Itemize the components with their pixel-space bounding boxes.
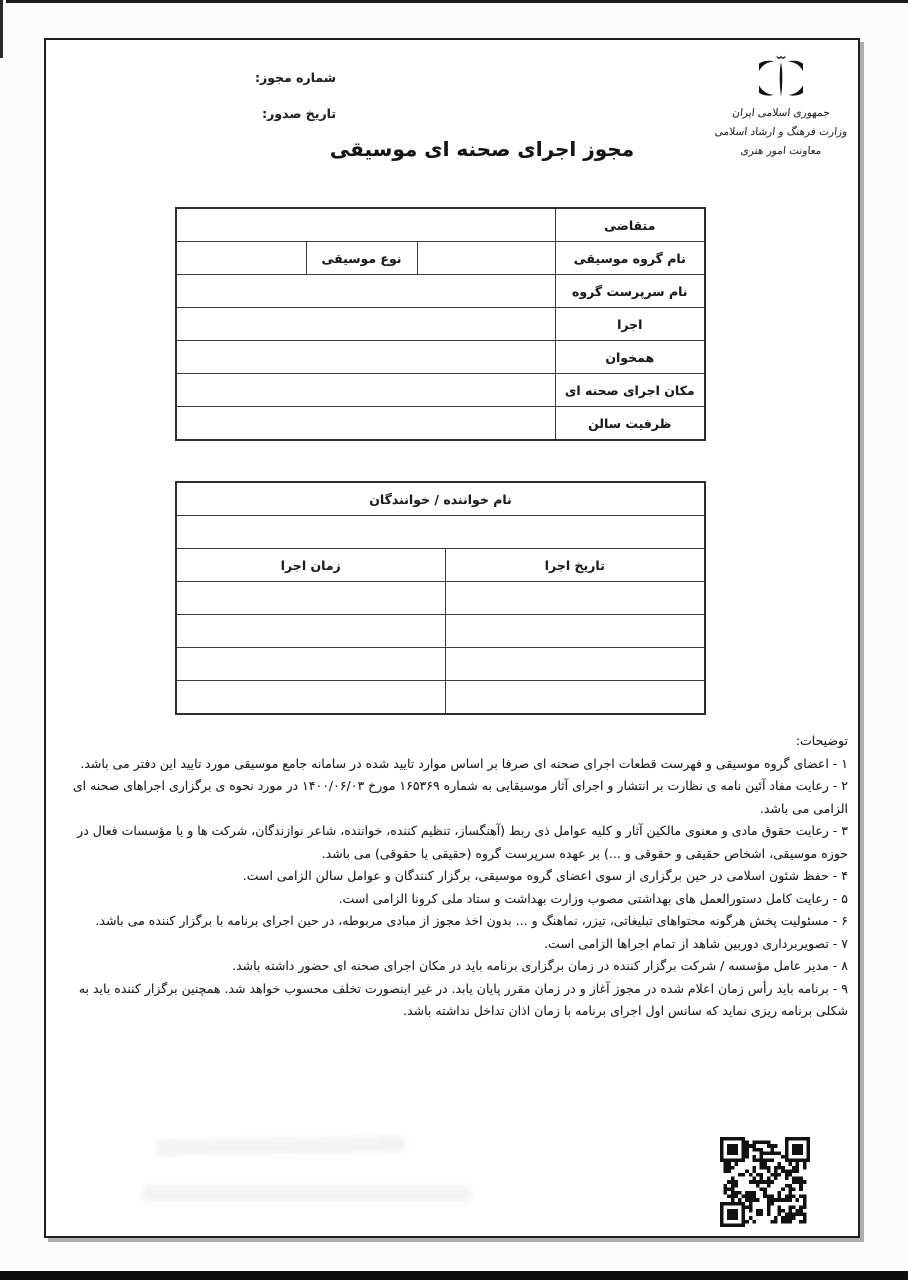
permit-document: جمهوری اسلامی ایران وزارت فرهنگ و ارشاد … bbox=[44, 38, 860, 1238]
row-label: متقاضی bbox=[555, 208, 705, 242]
ministry-header: جمهوری اسلامی ایران وزارت فرهنگ و ارشاد … bbox=[706, 52, 856, 161]
note-item: ۴ - حفظ شئون اسلامی در حین برگزاری از سو… bbox=[64, 865, 848, 888]
photo-canvas: جمهوری اسلامی ایران وزارت فرهنگ و ارشاد … bbox=[0, 0, 908, 1280]
value-cell bbox=[176, 208, 555, 242]
value-cell bbox=[176, 275, 555, 308]
time-cell bbox=[176, 681, 445, 715]
table-row: ظرفیت سالن bbox=[176, 407, 705, 441]
note-item: ۱ - اعضای گروه موسیقی و فهرست قطعات اجرا… bbox=[64, 753, 848, 776]
note-item: ۳ - رعایت حقوق مادی و معنوی مالکین آثار … bbox=[64, 820, 848, 865]
value-cell bbox=[176, 341, 555, 374]
photo-edge-left bbox=[0, 0, 3, 58]
value-cell bbox=[176, 242, 306, 275]
org-line-country: جمهوری اسلامی ایران bbox=[705, 104, 857, 123]
note-item: ۹ - برنامه باید رأس زمان اعلام شده در مج… bbox=[64, 978, 848, 1023]
table-row: تاریخ اجرا زمان اجرا bbox=[176, 549, 705, 582]
date-cell bbox=[445, 615, 705, 648]
singers-header: نام خواننده / خوانندگان bbox=[176, 482, 705, 516]
row-label: نام سرپرست گروه bbox=[555, 275, 705, 308]
singers-schedule-table: نام خواننده / خوانندگان تاریخ اجرا زمان … bbox=[175, 481, 706, 715]
table-row bbox=[176, 615, 705, 648]
table-row bbox=[176, 516, 705, 549]
permit-number-label: شماره مجوز: bbox=[255, 70, 336, 85]
time-cell bbox=[176, 615, 445, 648]
table-row bbox=[176, 582, 705, 615]
notes-heading: توضیحات: bbox=[64, 730, 848, 753]
value-cell bbox=[176, 308, 555, 341]
table-row bbox=[176, 681, 705, 715]
row-label: مکان اجرای صحنه ای bbox=[555, 374, 705, 407]
page-title: مجوز اجرای صحنه ای موسیقی bbox=[302, 137, 662, 161]
issue-date-label: تاریخ صدور: bbox=[255, 106, 336, 121]
table-row: متقاضی bbox=[176, 208, 705, 242]
note-item: ۷ - تصویربرداری دوربین شاهد از تمام اجرا… bbox=[64, 933, 848, 956]
date-cell bbox=[445, 648, 705, 681]
time-column-header: زمان اجرا bbox=[176, 549, 445, 582]
row-label: همخوان bbox=[555, 341, 705, 374]
row-label: ظرفیت سالن bbox=[555, 407, 705, 441]
faded-stamp-mark bbox=[156, 1136, 406, 1156]
date-cell bbox=[445, 582, 705, 615]
singers-value-cell bbox=[176, 516, 705, 549]
table-row: همخوان bbox=[176, 341, 705, 374]
iran-emblem-icon bbox=[759, 52, 803, 100]
faded-stamp-mark bbox=[142, 1186, 472, 1202]
table-row: مکان اجرای صحنه ای bbox=[176, 374, 705, 407]
permit-meta: شماره مجوز: تاریخ صدور: bbox=[255, 70, 336, 142]
value-cell bbox=[417, 242, 555, 275]
photo-edge-bottom bbox=[0, 1271, 908, 1280]
note-item: ۲ - رعایت مفاد آئین نامه ی نظارت بر انتش… bbox=[64, 775, 848, 820]
qr-code-icon bbox=[720, 1137, 810, 1227]
notes-section: توضیحات: ۱ - اعضای گروه موسیقی و فهرست ق… bbox=[64, 730, 848, 1023]
applicant-info-table: متقاضی نام گروه موسیقی نوع موسیقی نام سر… bbox=[175, 207, 706, 441]
table-row bbox=[176, 648, 705, 681]
row-label: اجرا bbox=[555, 308, 705, 341]
date-column-header: تاریخ اجرا bbox=[445, 549, 705, 582]
table-row: نام سرپرست گروه bbox=[176, 275, 705, 308]
music-type-label: نوع موسیقی bbox=[306, 242, 417, 275]
value-cell bbox=[176, 374, 555, 407]
note-item: ۶ - مسئولیت پخش هرگونه محتواهای تبلیغاتی… bbox=[64, 910, 848, 933]
row-label: نام گروه موسیقی bbox=[555, 242, 705, 275]
org-line-ministry: وزارت فرهنگ و ارشاد اسلامی bbox=[705, 123, 857, 142]
org-line-deputy: معاونت امور هنری bbox=[705, 142, 857, 161]
note-item: ۸ - مدیر عامل مؤسسه / شرکت برگزار کننده … bbox=[64, 955, 848, 978]
date-cell bbox=[445, 681, 705, 715]
table-row: اجرا bbox=[176, 308, 705, 341]
time-cell bbox=[176, 648, 445, 681]
table-row: نام خواننده / خوانندگان bbox=[176, 482, 705, 516]
value-cell bbox=[176, 407, 555, 441]
time-cell bbox=[176, 582, 445, 615]
note-item: ۵ - رعایت کامل دستورالعمل های بهداشتی مص… bbox=[64, 888, 848, 911]
table-row: نام گروه موسیقی نوع موسیقی bbox=[176, 242, 705, 275]
photo-edge-top bbox=[6, 0, 908, 3]
